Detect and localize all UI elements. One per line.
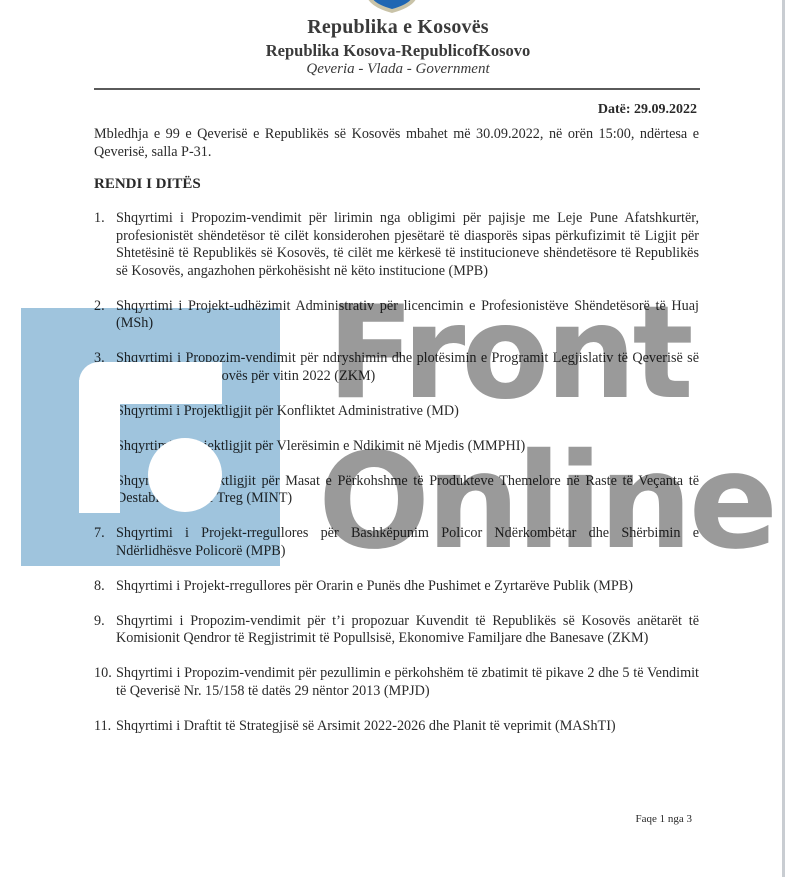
item-number: 1. <box>94 210 105 228</box>
item-number: 11. <box>94 718 111 736</box>
page-edge <box>782 0 785 877</box>
item-text: Shqyrtimi i Propozim-vendimit për t’i pr… <box>116 613 699 647</box>
watermark-online: Online <box>318 436 774 568</box>
document-page: Republika e Kosovës Republika Kosova-Rep… <box>0 0 787 877</box>
header-divider <box>94 88 700 90</box>
meeting-intro: Mbledhja e 99 e Qeverisë e Republikës së… <box>94 125 699 161</box>
item-text: Shqyrtimi i Propozim-vendimit për pezull… <box>116 665 699 699</box>
agenda-title: RENDI I DITËS <box>94 176 201 193</box>
republic-subtitle: Republika Kosova-RepublicofKosovo <box>94 41 702 61</box>
agenda-item: 8.Shqyrtimi i Projekt-rregullores për Or… <box>94 578 699 596</box>
government-label: Qeveria - Vlada - Government <box>94 61 702 78</box>
page-number: Faqe 1 nga 3 <box>635 813 692 825</box>
agenda-item: 10.Shqyrtimi i Propozim-vendimit për pez… <box>94 665 699 700</box>
item-text: Shqyrtimi i Propozim-vendimit për lirimi… <box>116 210 699 279</box>
agenda-item: 1.Shqyrtimi i Propozim-vendimit për liri… <box>94 210 699 280</box>
item-number: 10. <box>94 665 112 683</box>
agenda-item: 9.Shqyrtimi i Propozim-vendimit për t’i … <box>94 613 699 648</box>
logo-shape-dot <box>148 438 222 512</box>
coat-of-arms-icon <box>362 0 422 14</box>
item-number: 9. <box>94 613 105 631</box>
front-online-logo-icon <box>21 308 280 566</box>
agenda-item: 11.Shqyrtimi i Draftit të Strategjisë së… <box>94 718 699 736</box>
document-date: Datë: 29.09.2022 <box>598 102 697 118</box>
item-text: Shqyrtimi i Projekt-rregullores për Orar… <box>116 578 633 594</box>
logo-shape-stem <box>79 380 120 513</box>
watermark-front: Front <box>327 290 690 418</box>
item-text: Shqyrtimi i Draftit të Strategjisë së Ar… <box>116 718 616 734</box>
republic-title: Republika e Kosovës <box>94 16 702 39</box>
item-number: 8. <box>94 578 105 596</box>
